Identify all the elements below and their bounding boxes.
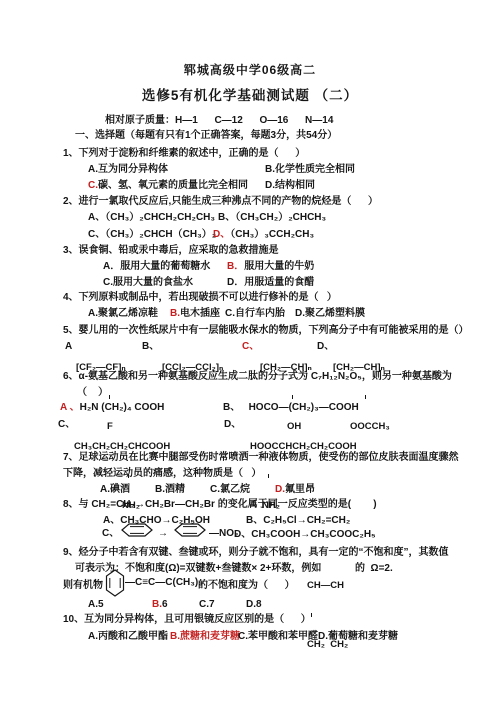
question-9-formula: —C≡C—C(CH₃)₃ bbox=[125, 577, 203, 589]
question-1-option-d: D.结构相同 bbox=[265, 180, 315, 192]
question-8-option-d: D、CH₃COOH→CH₃COOC₂H₅ bbox=[234, 529, 376, 541]
question-5-option-d-label: D、 bbox=[317, 341, 334, 353]
question-9-option-a: A.5 bbox=[88, 599, 104, 611]
question-9-option-d: D.8 bbox=[246, 599, 262, 611]
question-7-stem-line2: 下降，减轻运动员的痛感，这种物质是（ ） bbox=[63, 468, 261, 480]
question-2-option-a: A、（CH₃）₂CHCH₂CH₂CH₃ bbox=[88, 212, 215, 224]
bond-line bbox=[311, 613, 312, 617]
question-5-option-c-label: C、 bbox=[242, 341, 259, 353]
question-3-option-b: B．服用大量的牛奶 bbox=[227, 261, 314, 273]
question-7-stem-line1: 7、足球运动员在比赛中腿部受伤时常喷洒一种液体物质，使受伤的部位皮肤表面温度骤然 bbox=[63, 452, 459, 464]
exam-title: 选修5有机化学基础测试题 （二） bbox=[0, 90, 500, 102]
question-7-option-c: C.氯乙烷 bbox=[210, 484, 250, 496]
school-title: 郓城高级中学06级高二 bbox=[0, 64, 500, 76]
question-10-option-c: C.苯甲酸和苯甲醛 bbox=[238, 631, 318, 643]
bond-line bbox=[268, 474, 269, 478]
question-2-option-c: C、（CH₃）₂CHCH（CH₃）₂ bbox=[88, 229, 216, 241]
question-6-option-c-label: C、 bbox=[58, 419, 75, 431]
question-7-option-a: A.碘酒 bbox=[100, 484, 130, 496]
question-10-stem: 10、互为同分异构体，且可用银镜反应区别的是（ ） bbox=[63, 614, 311, 626]
question-3-option-d: D．用服适量的食醋 bbox=[227, 277, 314, 289]
question-5-stem: 5、婴儿用的一次性纸尿片中有一层能吸水保水的物质，下列高分子中有可能被采用的是（… bbox=[63, 325, 469, 337]
question-4-option-c: C.自行车内胎 bbox=[225, 308, 285, 320]
question-3-stem: 3、误食铜、铅或汞中毒后，应采取的急救措施是 bbox=[63, 245, 279, 257]
question-9-stem-line1: 9、烃分子中若含有双键、叁键或环，则分子就不饱和，具有一定的“不饱和度”，其数值 bbox=[63, 547, 449, 559]
question-1-stem: 1、下列对于淀粉和纤维素的叙述中，正确的是（ ） bbox=[63, 148, 305, 160]
question-4-option-b: B.电木插座 bbox=[170, 308, 220, 320]
question-2-option-b: B、（CH₃CH₂）₂CHCH₃ bbox=[218, 212, 326, 224]
question-8-option-c-label: C、 bbox=[102, 528, 119, 540]
question-5-option-b-structure: [CCl₂—CCl₂]ₙ bbox=[162, 340, 223, 395]
question-5-option-a-label: A bbox=[65, 341, 72, 353]
section-header: 一、选择题（每题有只有1个正确答案，每题3分，共54分） bbox=[75, 130, 337, 142]
question-7-option-d: D.氟里昂 bbox=[275, 484, 315, 496]
question-6-option-a: A 、H₂N (CH₂)₄ COOH bbox=[60, 402, 164, 414]
question-8-option-b: B、C₂H₅Cl→CH₂=CH₂ bbox=[246, 515, 350, 527]
question-5-option-b-label: B、 bbox=[142, 341, 159, 353]
benzene-icon bbox=[118, 522, 156, 538]
question-8-stem: 8、与 CH₂=CH₂→CH₂Br—CH₂Br 的变化属于同一反应类型的是( ) bbox=[63, 499, 377, 511]
question-4-option-a: A.聚氯乙烯凉鞋 bbox=[88, 308, 158, 320]
question-6-option-d-label: D、 bbox=[224, 419, 241, 431]
question-9-option-c: C.7 bbox=[199, 599, 215, 611]
question-1-option-a: A.互为同分异构体 bbox=[88, 164, 168, 176]
question-3-option-c: C.服用大量的食盐水 bbox=[103, 277, 193, 289]
question-1-option-b: B.化学性质完全相同 bbox=[265, 164, 355, 176]
question-10-option-a: A.丙酸和乙酸甲酯 bbox=[88, 631, 168, 643]
question-2-stem: 2、进行一氯取代反应后,只能生成三种沸点不同的产物的烷烃是（ ） bbox=[63, 196, 378, 208]
bond-line bbox=[292, 395, 293, 399]
question-9-stem-line2b: 的 Ω=2. bbox=[355, 563, 393, 575]
question-3-option-a: A．服用大量的葡萄糖水 bbox=[103, 261, 210, 273]
question-4-option-d: D.聚乙烯塑料膜 bbox=[295, 308, 365, 320]
question-4-stem: 4、下列原料或制品中，若出现破损不可以进行修补的是（ ） bbox=[63, 292, 337, 304]
question-2-option-d: D、（CH₃）₃CCH₂CH₃ bbox=[213, 229, 314, 241]
question-9-stem-line3b: 的不饱和度为（ ） bbox=[198, 580, 295, 592]
question-10-option-d: D.葡萄糖和麦芽糖 bbox=[318, 631, 398, 643]
question-9-option-b: B.6 bbox=[152, 599, 168, 611]
question-6-stem-line1: 6、α-氨基乙酸和另一种氨基酸反应生成二肽的分子式为 C₇H₁₂N₂O₅，则另一… bbox=[63, 371, 452, 383]
question-1-option-c: C.碳、氢、氧元素的质量比完全相同 bbox=[88, 180, 248, 192]
exam-paper: 郓城高级中学06级高二 选修5有机化学基础测试题 （二） 相对原子质量：H—1 … bbox=[0, 0, 500, 707]
atomic-mass-line: 相对原子质量：H—1 C—12 O—16 N—14 bbox=[105, 115, 333, 127]
bond-line bbox=[365, 395, 366, 399]
question-7-option-b: B.酒精 bbox=[155, 484, 185, 496]
benzene-icon bbox=[171, 522, 209, 538]
benzene-icon bbox=[105, 568, 125, 598]
question-6-stem-line2: （ ） bbox=[77, 387, 108, 399]
question-8-option-c-arrow: → bbox=[158, 528, 168, 540]
question-9-stem-line3a: 则有机物 bbox=[63, 580, 103, 592]
question-10-option-b: B.蔗糖和麦芽糖 bbox=[170, 631, 240, 643]
question-6-option-b: B、 HOCO—(CH₂)₃—COOH bbox=[223, 402, 359, 414]
question-9-example-structure: CH—CH CH₂ CH₂ bbox=[307, 558, 348, 672]
bond-line bbox=[109, 395, 110, 399]
